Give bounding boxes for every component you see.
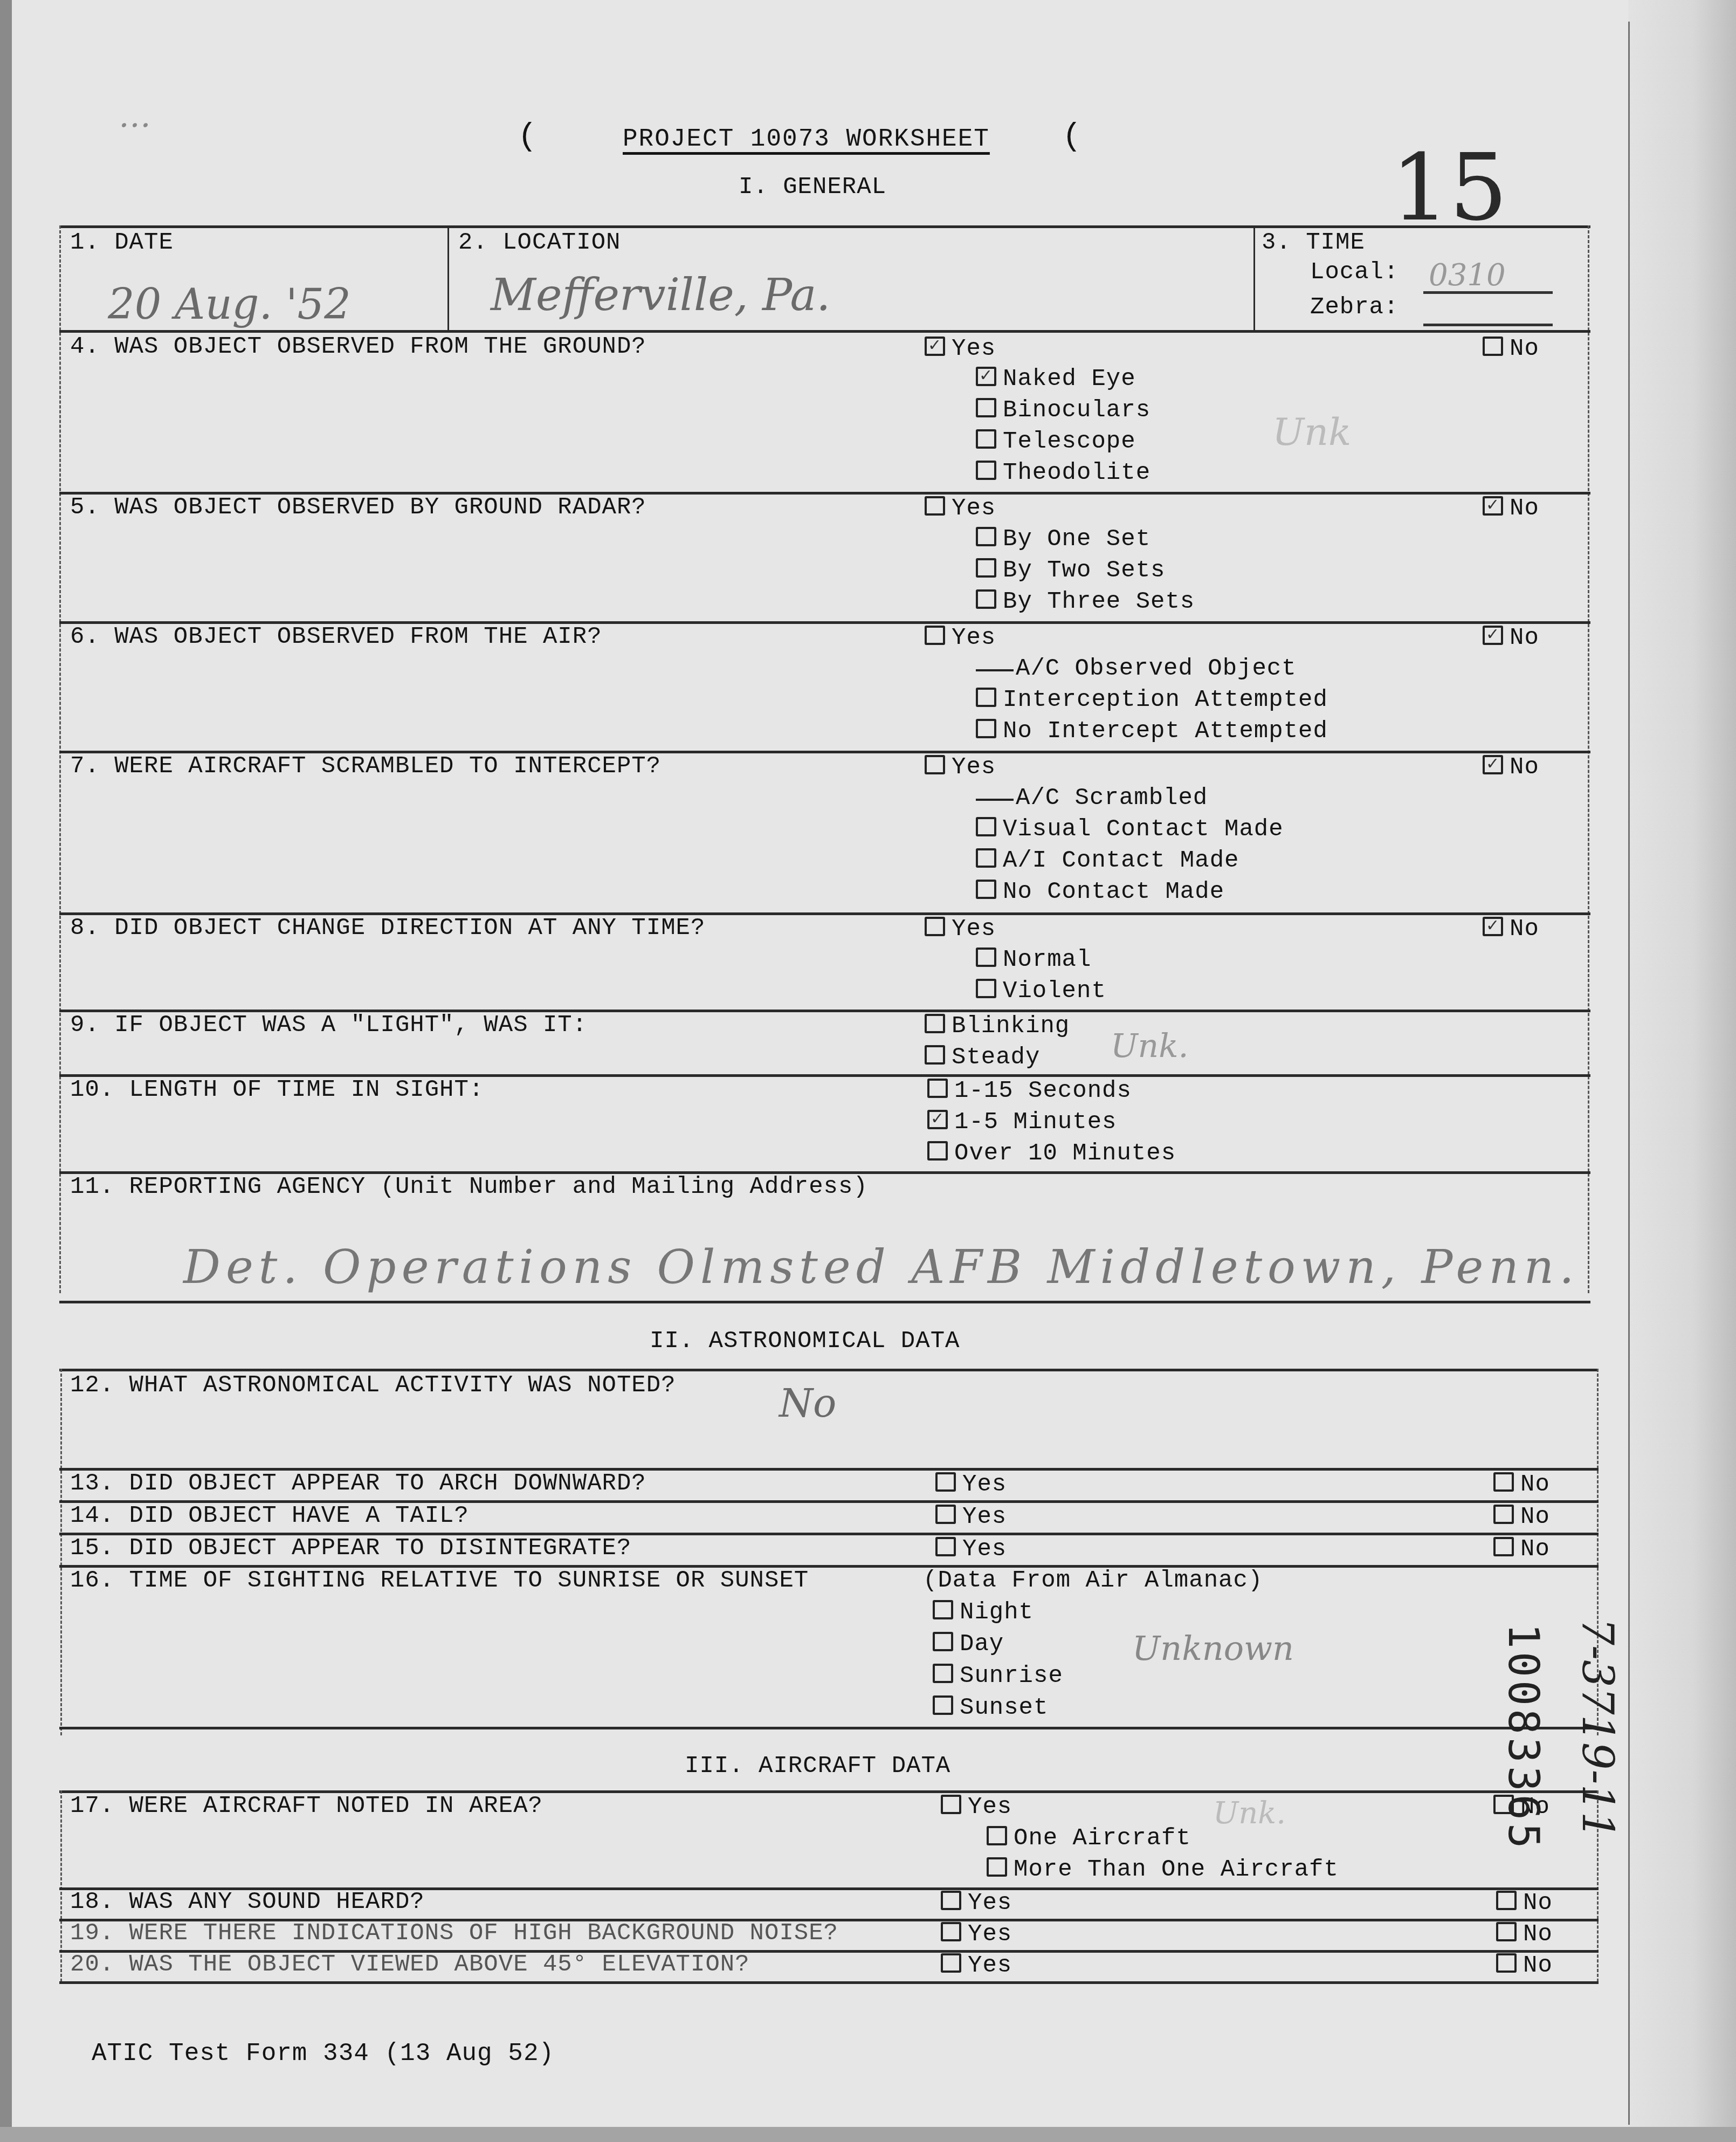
q9-label: 9. IF OBJECT WAS A "LIGHT", WAS IT: [70,1012,587,1039]
q8-option-violent[interactable]: Violent [976,978,1106,1005]
checkbox-icon[interactable] [976,398,996,417]
q4-option-theodolite[interactable]: Theodolite [976,459,1151,486]
checkbox-icon[interactable] [1493,1505,1514,1524]
scribble-top-left: … [119,97,151,135]
q3-local-underline [1423,291,1553,294]
q17-note: Unk. [1213,1796,1286,1831]
q11-reporting-agency-value[interactable]: Det. Operations Olmsted AFB Middletown, … [183,1240,1580,1294]
q4-yes[interactable]: Yes [925,335,996,362]
checkbox-icon[interactable] [976,948,996,967]
checkbox-icon[interactable] [1483,337,1503,356]
q16-option-day[interactable]: Day [933,1631,1004,1658]
checkbox-icon[interactable] [933,1600,953,1619]
checkbox-icon[interactable] [976,848,996,868]
q18-label: 18. WAS ANY SOUND HEARD? [70,1889,425,1916]
q16-option-sunset[interactable]: Sunset [933,1694,1048,1721]
box-right [1588,225,1589,1293]
q5-option-two-sets[interactable]: By Two Sets [976,557,1165,584]
q6-option-interception-attempted[interactable]: Interception Attempted [976,686,1328,713]
q7-option-no-contact[interactable]: No Contact Made [976,878,1224,905]
checkbox-icon[interactable] [927,1141,948,1161]
q11-label: 11. REPORTING AGENCY (Unit Number and Ma… [70,1173,868,1200]
q16-note: Unknown [1132,1629,1294,1668]
checkbox-icon[interactable] [933,1632,953,1651]
q3-local-value[interactable]: 0310 [1429,258,1506,293]
q2-location-value[interactable]: Mefferville, Pa. [491,270,830,321]
paren-left: ( [518,119,538,155]
q8-option-normal[interactable]: Normal [976,946,1091,973]
checkbox-icon[interactable] [976,429,996,449]
checkbox-icon[interactable] [933,1664,953,1683]
q16-source: (Data From Air Almanac) [923,1567,1263,1594]
q8-label: 8. DID OBJECT CHANGE DIRECTION AT ANY TI… [70,915,705,942]
q10-option-1-15-seconds[interactable]: 1-15 Seconds [927,1077,1132,1104]
checkbox-icon[interactable] [925,755,945,774]
checkbox-icon[interactable] [1483,626,1503,645]
q9-option-steady[interactable]: Steady [925,1044,1040,1071]
q5-label: 5. WAS OBJECT OBSERVED BY GROUND RADAR? [70,494,646,521]
checkbox-icon[interactable] [935,1505,956,1524]
checkbox-icon[interactable] [976,367,996,386]
rule [59,225,1590,228]
rule [59,1981,1599,1984]
q7-label: 7. WERE AIRCRAFT SCRAMBLED TO INTERCEPT? [70,753,661,780]
q14-label: 14. DID OBJECT HAVE A TAIL? [70,1502,469,1529]
checkbox-icon[interactable] [941,1953,961,1973]
q4-label: 4. WAS OBJECT OBSERVED FROM THE GROUND? [70,333,646,360]
checkbox-icon[interactable] [1483,917,1503,936]
checkbox-icon[interactable] [941,1891,961,1910]
checkbox-icon[interactable] [976,527,996,546]
archive-serial-stamp: 10083365 [1499,1623,1547,1852]
checkbox-icon[interactable] [927,1110,948,1129]
checkbox-icon[interactable] [976,880,996,899]
divider [1253,225,1255,332]
rule [59,1369,1599,1371]
checkbox-icon[interactable] [941,1922,961,1941]
q10-option-1-5-minutes[interactable]: 1-5 Minutes [927,1109,1117,1136]
q20-label: 20. WAS THE OBJECT VIEWED ABOVE 45° ELEV… [70,1951,750,1978]
q7-no[interactable]: No [1483,754,1539,781]
checkbox-icon[interactable] [976,589,996,609]
checkbox-icon[interactable] [935,1472,956,1492]
divider [447,225,449,332]
q8-yes[interactable]: Yes [925,916,996,943]
checkbox-icon[interactable] [927,1079,948,1098]
rule [59,330,1590,333]
checkbox-icon[interactable] [1496,1953,1517,1973]
q3-local-label: Local: [1310,259,1399,286]
scan-right-rule [1628,22,1630,2125]
q10-option-over-10-minutes[interactable]: Over 10 Minutes [927,1140,1176,1167]
q19-label: 19. WERE THERE INDICATIONS OF HIGH BACKG… [70,1920,838,1947]
q14-no[interactable]: No [1493,1503,1550,1530]
checkbox-icon[interactable] [925,337,945,356]
form-identifier: ATIC Test Form 334 (13 Aug 52) [92,2040,554,2068]
q17-option-one-aircraft[interactable]: One Aircraft [987,1825,1191,1852]
section-heading-aircraft: III. AIRCRAFT DATA [685,1753,950,1780]
q15-no[interactable]: No [1493,1536,1550,1563]
blank-line[interactable] [976,669,1014,671]
checkbox-icon[interactable] [1483,755,1503,774]
q17-label: 17. WERE AIRCRAFT NOTED IN AREA? [70,1793,543,1820]
handwritten-reference: 7-3719-11 [1573,1618,1623,1839]
scan-left-edge [0,0,12,2142]
checkbox-icon[interactable] [935,1537,956,1556]
q17-option-more-than-one[interactable]: More Than One Aircraft [987,1856,1339,1883]
q18-no[interactable]: No [1496,1890,1553,1917]
scan-right-edge [1628,0,1736,2142]
checkbox-icon[interactable] [976,461,996,480]
checkbox-icon[interactable] [925,917,945,936]
q3-zebra-underline [1423,324,1553,326]
q7-option-ac-scrambled[interactable]: A/C Scrambled [976,785,1208,812]
q4-option-naked-eye[interactable]: Naked Eye [976,366,1136,393]
q16-option-sunrise[interactable]: Sunrise [933,1663,1063,1690]
section-heading-astronomical: II. ASTRONOMICAL DATA [650,1328,960,1355]
q5-option-one-set[interactable]: By One Set [976,526,1151,553]
checkbox-icon[interactable] [933,1695,953,1715]
q19-no[interactable]: No [1496,1921,1553,1948]
q3-label: 3. TIME [1262,229,1365,256]
q10-label: 10. LENGTH OF TIME IN SIGHT: [70,1076,484,1103]
q13-yes[interactable]: Yes [935,1471,1007,1498]
q20-no[interactable]: No [1496,1952,1553,1979]
checkbox-icon[interactable] [976,688,996,707]
q6-option-ac-observed[interactable]: A/C Observed Object [976,655,1297,682]
q12-value[interactable]: No [779,1381,836,1426]
checkbox-icon[interactable] [1496,1922,1517,1941]
q16-option-night[interactable]: Night [933,1599,1034,1626]
checkbox-icon[interactable] [987,1857,1007,1877]
checkbox-icon[interactable] [987,1826,1007,1845]
q4-option-telescope[interactable]: Telescope [976,428,1136,455]
q6-no[interactable]: No [1483,624,1539,651]
q14-yes[interactable]: Yes [935,1503,1007,1530]
q13-no[interactable]: No [1493,1471,1550,1498]
q15-yes[interactable]: Yes [935,1536,1007,1563]
q19-yes[interactable]: Yes [941,1921,1012,1948]
checkbox-icon[interactable] [976,719,996,738]
section-heading-general: I. GENERAL [739,174,886,201]
checkbox-icon[interactable] [976,558,996,578]
page-title: PROJECT 10073 WORKSHEET [623,125,990,153]
checkbox-icon[interactable] [925,1014,945,1033]
q5-option-three-sets[interactable]: By Three Sets [976,588,1195,615]
q2-label: 2. LOCATION [458,229,621,256]
box-left [60,1369,62,1735]
checkbox-icon[interactable] [925,1045,945,1065]
q18-yes[interactable]: Yes [941,1890,1012,1917]
q8-no[interactable]: No [1483,916,1539,943]
checkbox-icon[interactable] [1483,496,1503,516]
q13-label: 13. DID OBJECT APPEAR TO ARCH DOWNWARD? [70,1470,646,1497]
scan-bottom-edge [0,2127,1736,2142]
q17-yes[interactable]: Yes [941,1794,1012,1821]
checkbox-icon[interactable] [925,496,945,516]
q12-label: 12. WHAT ASTRONOMICAL ACTIVITY WAS NOTED… [70,1372,676,1399]
box-left [59,225,61,1293]
q9-note: Unk. [1111,1027,1189,1065]
checkbox-icon[interactable] [1493,1472,1514,1492]
q7-option-visual-contact[interactable]: Visual Contact Made [976,816,1284,843]
q5-yes[interactable]: Yes [925,495,996,522]
q9-option-blinking[interactable]: Blinking [925,1013,1070,1040]
q6-label: 6. WAS OBJECT OBSERVED FROM THE AIR? [70,623,602,650]
q16-label: 16. TIME OF SIGHTING RELATIVE TO SUNRISE… [70,1567,809,1594]
q7-yes[interactable]: Yes [925,754,996,781]
q15-label: 15. DID OBJECT APPEAR TO DISINTEGRATE? [70,1535,631,1562]
q4-option-binoculars[interactable]: Binoculars [976,397,1151,424]
checkbox-icon[interactable] [941,1795,961,1814]
q4-no[interactable]: No [1483,335,1539,362]
checkbox-icon[interactable] [1496,1891,1517,1910]
checkbox-icon[interactable] [1493,1537,1514,1556]
rule [59,1727,1599,1729]
q1-date-value[interactable]: 20 Aug. '52 [108,280,351,329]
q3-zebra-label: Zebra: [1310,294,1399,321]
q4-note: Unk [1272,410,1352,454]
q6-option-no-intercept[interactable]: No Intercept Attempted [976,718,1328,745]
q5-no[interactable]: No [1483,495,1539,522]
paren-right: ( [1062,119,1082,155]
checkbox-icon[interactable] [925,626,945,645]
blank-line[interactable] [976,799,1014,801]
q20-yes[interactable]: Yes [941,1952,1012,1979]
checkbox-icon[interactable] [976,817,996,836]
q1-label: 1. DATE [70,229,174,256]
rule [59,1301,1590,1303]
q6-yes[interactable]: Yes [925,624,996,651]
box-left [60,1790,62,1982]
q7-option-ai-contact[interactable]: A/I Contact Made [976,847,1239,874]
checkbox-icon[interactable] [976,979,996,998]
